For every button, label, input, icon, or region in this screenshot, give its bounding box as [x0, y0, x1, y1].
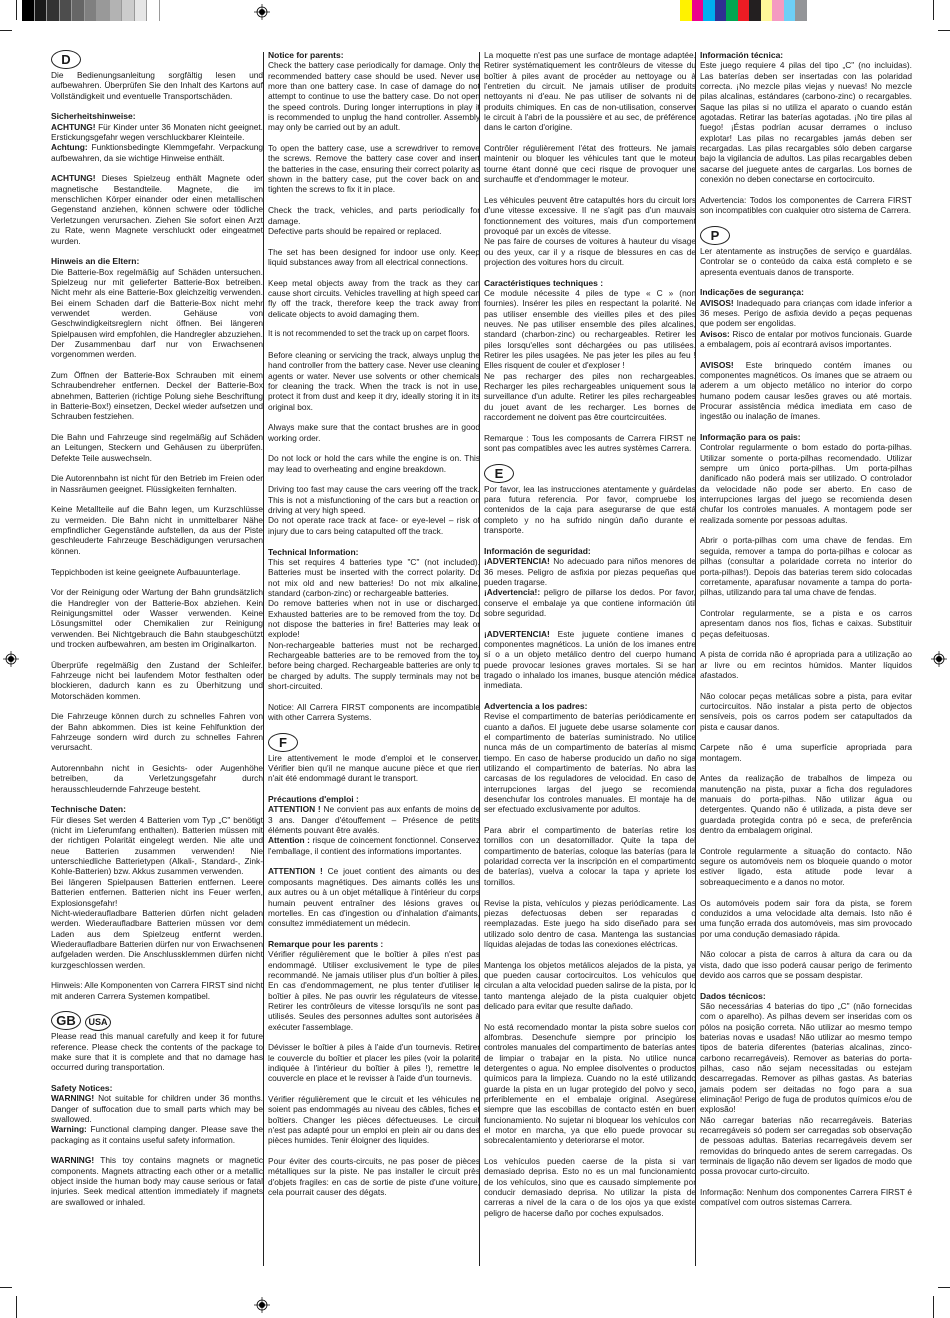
tech-text: Este juego requiere 4 pilas del tipo „C"… — [700, 60, 912, 184]
paragraph: Die Fahrzeuge können durch zu schnelles … — [51, 711, 263, 752]
paragraph: Mantenga los objetos metálicos alejados … — [484, 960, 696, 1012]
paragraph: Teppichboden ist keine geeignete Aufbauu… — [51, 567, 263, 577]
compatibility-note-en: Notice: All Carrera FIRST components are… — [268, 702, 480, 723]
paragraph: Para abrir el compartimento de baterías … — [484, 825, 696, 887]
paragraph: To open the battery case, use a screwdri… — [268, 143, 480, 195]
paragraph: Vérifier régulièrement que le circuit et… — [268, 1094, 480, 1146]
tech-heading-es: Información técnica: — [700, 50, 912, 60]
warning-lead: ACHTUNG! — [51, 122, 96, 132]
registration-mark-icon — [931, 651, 947, 667]
parents-heading-es: Advertencia a los padres: — [484, 701, 696, 711]
intro-fr: Lire attentivement le mode d'emploi et l… — [268, 753, 480, 784]
paragraph: Driving too fast may cause the cars veer… — [268, 484, 480, 515]
parents-heading-pt: Informação para os pais: — [700, 432, 912, 442]
warning-lead: ¡ADVERTENCIA! — [484, 556, 550, 566]
registration-mark-icon — [254, 1297, 270, 1313]
swatch — [47, 0, 60, 21]
paragraph: Vor der Reinigung oder Wartung der Bahn … — [51, 587, 263, 649]
paragraph: La moquette n'est pas une surface de mon… — [484, 50, 696, 133]
swatch — [97, 0, 110, 21]
compatibility-note-pt: Informação: Nenhum dos componentes Carre… — [700, 1187, 912, 1208]
paragraph: Keine Metallteile auf die Bahn legen, um… — [51, 504, 263, 556]
magnet-warning-de: ACHTUNG! Dieses Spielzeug enthält Magnet… — [51, 173, 263, 245]
column-4: Información técnica: Este juego requiere… — [700, 50, 912, 1218]
process-color-bar — [680, 0, 807, 21]
parents-heading-en: Notice for parents: — [268, 50, 480, 60]
parents-text-en: Check the battery case periodically for … — [268, 60, 480, 132]
warning-lead: Attention : — [268, 835, 310, 845]
paragraph: It is not recommended to set the track u… — [268, 329, 480, 339]
tech-text: Non-rechargeable batteries must not be r… — [268, 640, 480, 692]
paragraph: Check the track, vehicles, and parts per… — [268, 205, 480, 226]
warning-lead: WARNING! — [51, 1155, 94, 1165]
intro-es: Por favor, lea las instrucciones atentam… — [484, 484, 696, 536]
safety-heading-en: Safety Notices: — [51, 1083, 263, 1093]
tech-heading-fr: Caractéristiques techniques : — [484, 278, 696, 288]
crop-mark — [938, 1287, 950, 1288]
safety-notice: Warning: Functional clamping danger. Ple… — [51, 1124, 263, 1145]
column-2: Notice for parents: Check the battery ca… — [268, 50, 480, 1208]
intro-en: Please read this manual carefully and ke… — [51, 1031, 263, 1072]
safety-notice: ¡Advertencia!: peligro de pillarse los d… — [484, 587, 696, 618]
warning-text: Dieses Spielzeug enthält Magnete oder ma… — [51, 173, 263, 245]
paragraph: Defective parts should be repaired or re… — [268, 226, 480, 236]
swatch — [738, 0, 750, 21]
language-badge-usa: USA — [85, 1014, 111, 1031]
safety-heading-pt: Indicações de segurança: — [700, 287, 912, 297]
crop-mark — [0, 1287, 12, 1288]
swatch — [60, 0, 73, 21]
paragraph: Los vehículos pueden caerse de la pista … — [484, 1156, 696, 1218]
swatch — [147, 0, 160, 21]
paragraph: Contrôler régulièrement l'état des frott… — [484, 143, 696, 184]
swatch — [35, 0, 48, 21]
swatch — [715, 0, 727, 21]
tech-heading-pt: Dados técnicos: — [700, 991, 912, 1001]
paragraph: A pista de corrida não é apropriada para… — [700, 649, 912, 680]
compatibility-note-es: Advertencia: Todos los componentes de Ca… — [700, 195, 912, 216]
paragraph: Os automóveis podem sair fora da pista, … — [700, 898, 912, 939]
warning-lead: ATTENTION ! — [268, 866, 323, 876]
paragraph: Controlar regularmente, se a pista e os … — [700, 608, 912, 639]
warning-lead: ¡ADVERTENCIA! — [484, 629, 550, 639]
warning-lead: Avisos: — [700, 329, 730, 339]
magnet-warning-en: WARNING! This toy contains magnets or ma… — [51, 1155, 263, 1207]
column-3: La moquette n'est pas une surface de mon… — [484, 50, 696, 1229]
parents-heading-fr: Remarque pour les parents : — [268, 939, 480, 949]
grayscale-color-bar — [22, 0, 160, 21]
parents-text-pt: Controlar regularmente o bom estado do p… — [700, 442, 912, 525]
tech-text: Nicht-wiederaufladbare Batterien dürfen … — [51, 908, 263, 970]
crop-mark — [933, 1296, 934, 1318]
language-header-de: D — [51, 50, 263, 70]
tech-text: Für dieses Set werden 4 Batterien vom Ty… — [51, 815, 263, 877]
warning-text: Risco de entalar por motivos funcionais.… — [700, 329, 912, 349]
crop-mark — [933, 0, 934, 20]
paragraph: Always make sure that the contact brushe… — [268, 422, 480, 443]
paragraph: Revise la pista, vehículos y piezas peri… — [484, 898, 696, 950]
paragraph: Pour éviter des courts-circuits, ne pas … — [268, 1156, 480, 1197]
language-badge-gb: GB — [51, 1011, 81, 1030]
swatch — [784, 0, 796, 21]
safety-notice: ¡ADVERTENCIA! No adecuado para niños men… — [484, 556, 696, 587]
safety-notice: Attention : risque de coincement fonctio… — [268, 835, 480, 856]
paragraph: Não colocar peças metálicas sobre a pist… — [700, 691, 912, 732]
swatch — [680, 0, 692, 21]
swatch — [122, 0, 135, 21]
magnet-warning-es: ¡ADVERTENCIA! Este juguete contiene iman… — [484, 629, 696, 691]
warning-lead: ¡Advertencia!: — [484, 587, 540, 597]
language-badge-de: D — [51, 50, 81, 69]
safety-heading-de: Sicherheitshinweise: — [51, 111, 263, 121]
crop-mark — [0, 30, 12, 31]
column-1: D Die Bedienungsanleitung sorgfältig les… — [51, 50, 263, 1217]
language-header-fr: F — [268, 733, 480, 753]
swatch — [703, 0, 715, 21]
safety-notice: ATTENTION ! Ne convient pas aux enfants … — [268, 804, 480, 835]
tech-heading-de: Technische Daten: — [51, 804, 263, 814]
warning-lead: WARNING! — [51, 1093, 94, 1103]
crop-mark — [16, 1296, 17, 1318]
tech-text: This set requires 4 batteries type "C" (… — [268, 557, 480, 598]
tech-text: São necessárias 4 baterias do tipo „C" (… — [700, 1001, 912, 1115]
safety-notice: AVISOS! Inadequado para crianças com ida… — [700, 298, 912, 329]
swatch — [692, 0, 704, 21]
tech-text: Ce module nécessite 4 piles de type « C … — [484, 288, 696, 371]
language-header-es: E — [484, 464, 696, 484]
paragraph: Carpete não é uma superfície apropriada … — [700, 742, 912, 763]
safety-notice: Achtung: Funktionsbedingte Klemmgefahr. … — [51, 142, 263, 163]
safety-notice: WARNING! Not suitable for children under… — [51, 1093, 263, 1124]
registration-mark-icon — [3, 651, 19, 667]
tech-text: Ne pas recharger des piles non rechargea… — [484, 371, 696, 423]
tech-text: Do remove batteries when not in use or d… — [268, 598, 480, 639]
warning-lead: AVISOS! — [700, 298, 734, 308]
paragraph: Keep metal objects away from the track a… — [268, 278, 480, 319]
warning-lead: Warning: — [51, 1124, 87, 1134]
intro-de: Die Bedienungsanleitung sorgfältig lesen… — [51, 70, 263, 101]
swatch — [749, 0, 761, 21]
paragraph: Die Bahn und Fahrzeuge sind regelmäßig a… — [51, 432, 263, 463]
tech-text: Não carregar baterias não recarregáveis.… — [700, 1115, 912, 1177]
paragraph: Abrir o porta-pilhas com uma chave de fe… — [700, 535, 912, 597]
intro-pt: Ler atentamente as instruções de serviço… — [700, 246, 912, 277]
paragraph: Do not lock or hold the cars while the e… — [268, 453, 480, 474]
compatibility-note-fr: Remarque : Tous les composants de Carrer… — [484, 433, 696, 454]
warning-lead: ACHTUNG! — [51, 173, 96, 183]
language-header-pt: P — [700, 226, 912, 246]
swatch — [135, 0, 148, 21]
column-divider — [263, 52, 264, 1266]
paragraph: The set has been designed for indoor use… — [268, 247, 480, 268]
parents-heading-de: Hinweis an die Eltern: — [51, 256, 263, 266]
paragraph: Die Autorennbahn ist nicht für den Betri… — [51, 473, 263, 494]
swatch — [726, 0, 738, 21]
paragraph: Ne pas faire de courses de voitures à ha… — [484, 236, 696, 267]
paragraph: Before cleaning or servicing the track, … — [268, 350, 480, 412]
paragraph: No está recomendado montar la pista sobr… — [484, 1022, 696, 1146]
paragraph: Controle regularmente a situação do cont… — [700, 846, 912, 887]
warning-lead: ATTENTION ! — [268, 804, 321, 814]
safety-heading-fr: Précautions d'emploi : — [268, 794, 480, 804]
parents-text-es: Revise el compartimento de baterías peri… — [484, 711, 696, 814]
paragraph: Zum Öffnen der Batterie-Box Schrauben mi… — [51, 370, 263, 422]
registration-mark-icon — [254, 4, 270, 20]
safety-heading-es: Información de seguridad: — [484, 546, 696, 556]
crop-mark — [16, 0, 17, 20]
crop-mark — [938, 30, 950, 31]
tech-heading-en: Technical Information: — [268, 547, 480, 557]
parents-text-fr: Vérifier régulièrement que le boîtier à … — [268, 949, 480, 1032]
warning-lead: AVISOS! — [700, 360, 734, 370]
paragraph: Do not operate race track at face- or ey… — [268, 515, 480, 536]
paragraph: Überprüfe regelmäßig den Zustand der Sch… — [51, 660, 263, 701]
paragraph: Não colocar a pista de carros à altura d… — [700, 949, 912, 980]
language-badge-fr: F — [268, 733, 298, 752]
swatch — [72, 0, 85, 21]
tech-text: Bei längeren Spielpausen Batterien entfe… — [51, 877, 263, 908]
paragraph: Antes da realização de trabalhos de limp… — [700, 773, 912, 835]
paragraph: Autorennbahn nicht in Gesichts- oder Aug… — [51, 763, 263, 794]
language-badge-es: E — [484, 464, 514, 483]
swatch — [761, 0, 773, 21]
magnet-warning-fr: ATTENTION ! Ce jouet contient des aimant… — [268, 866, 480, 928]
paragraph: Dévisser le boîtier à piles à l'aide d'u… — [268, 1042, 480, 1083]
swatch — [110, 0, 123, 21]
compatibility-note-de: Hinweis: Alle Komponenten von Carrera FI… — [51, 980, 263, 1001]
parents-text-de: Die Batterie-Box regelmäßig auf Schäden … — [51, 267, 263, 360]
magnet-warning-pt: AVISOS! Este brinquedo contém ímanes ou … — [700, 360, 912, 422]
swatch — [85, 0, 98, 21]
safety-notice: Avisos: Risco de entalar por motivos fun… — [700, 329, 912, 350]
paragraph: Les véhicules peuvent être catapultés ho… — [484, 195, 696, 236]
language-header-en: GBUSA — [51, 1011, 263, 1031]
swatch — [772, 0, 784, 21]
safety-notice: ACHTUNG! Für Kinder unter 36 Monaten nic… — [51, 122, 263, 143]
warning-lead: Achtung: — [51, 142, 88, 152]
swatch — [22, 0, 35, 21]
swatch — [795, 0, 807, 21]
language-badge-pt: P — [700, 226, 730, 245]
